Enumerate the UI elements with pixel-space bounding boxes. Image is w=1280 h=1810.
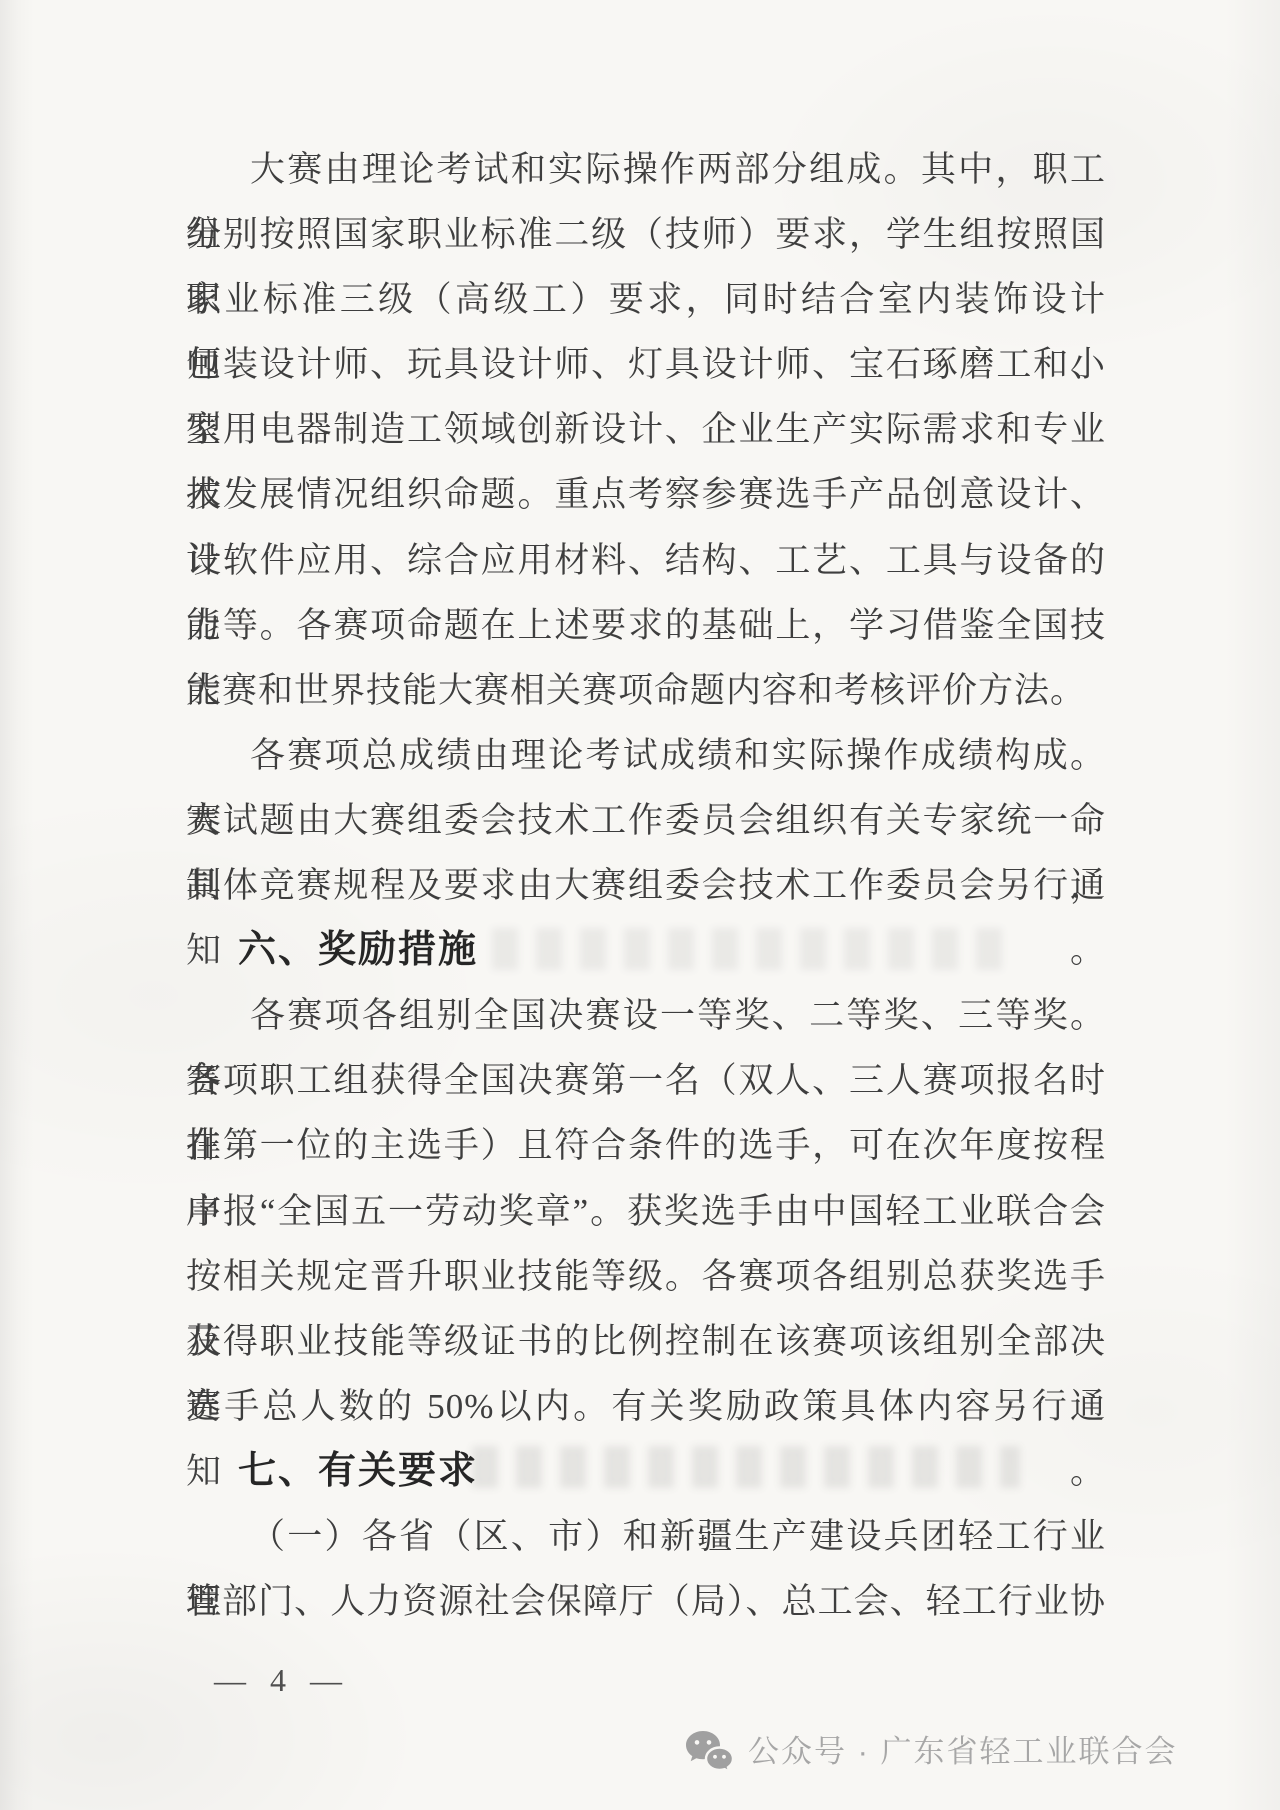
document-page: 大赛由理论考试和实际操作两部分组成。其中，职工组分别按照国家职业标准二级（技师）… [0, 0, 1280, 1810]
text-line: 计软件应用、综合应用材料、结构、工艺、工具与设备的能 [186, 528, 1106, 593]
text-line: 大赛和世界技能大赛相关赛项命题内容和考核评价方法。 [186, 658, 1106, 723]
wechat-watermark: 公众号 · 广东省轻工业联合会 [684, 1728, 1178, 1776]
wechat-icon [684, 1729, 734, 1775]
text-line: 具体竞赛规程及要求由大赛组委会技术工作委员会另行通知。 [186, 853, 1106, 918]
page-number: — 4 — [214, 1662, 350, 1699]
text-line: 分别按照国家职业标准二级（技师）要求，学生组按照国家 [186, 202, 1106, 267]
watermark-text: 公众号 · 广东省轻工业联合会 [748, 1728, 1178, 1776]
text-line: 大赛由理论考试和实际操作两部分组成。其中，职工组 [186, 137, 1106, 202]
text-line: 赛试题由大赛组委会技术工作委员会组织有关专家统一命制， [186, 788, 1106, 853]
text-line: 家用电器制造工领域创新设计、企业生产实际需求和专业技 [186, 397, 1106, 462]
text-line: 各赛项总成绩由理论考试成绩和实际操作成绩构成。大 [186, 723, 1106, 788]
text-line: 术发展情况组织命题。重点考察参赛选手产品创意设计、设 [186, 462, 1106, 527]
document-text-column: 大赛由理论考试和实际操作两部分组成。其中，职工组分别按照国家职业标准二级（技师）… [186, 137, 1106, 1634]
text-line: 赛项职工组获得全国决赛第一名（双人、三人赛项报名时排 [186, 1048, 1106, 1113]
text-line: 申报“全国五一劳动奖章”。获奖选手由中国轻工业联合会 [186, 1179, 1106, 1244]
text-line: （一）各省（区、市）和新疆生产建设兵团轻工行业管 [186, 1504, 1106, 1569]
text-line: 按相关规定晋升职业技能等级。各赛项各组别总获奖选手及 [186, 1244, 1106, 1309]
text-line: 理部门、人力资源社会保障厅（局）、总工会、轻工行业协 [186, 1569, 1106, 1634]
text-line: 选手总人数的 50%以内。有关奖励政策具体内容另行通知。 [186, 1374, 1106, 1439]
text-line: 各赛项各组别全国决赛设一等奖、二等奖、三等奖。各 [186, 983, 1106, 1048]
text-line: 在第一位的主选手）且符合条件的选手，可在次年度按程序 [186, 1113, 1106, 1178]
text-line: 获得职业技能等级证书的比例控制在该赛项该组别全部决赛 [186, 1309, 1106, 1374]
text-line: 力等。各赛项命题在上述要求的基础上，学习借鉴全国技能 [186, 593, 1106, 658]
text-line: 包装设计师、玩具设计师、灯具设计师、宝石琢磨工和小型 [186, 332, 1106, 397]
text-line: 职业标准三级（高级工）要求，同时结合室内装饰设计师、 [186, 267, 1106, 332]
